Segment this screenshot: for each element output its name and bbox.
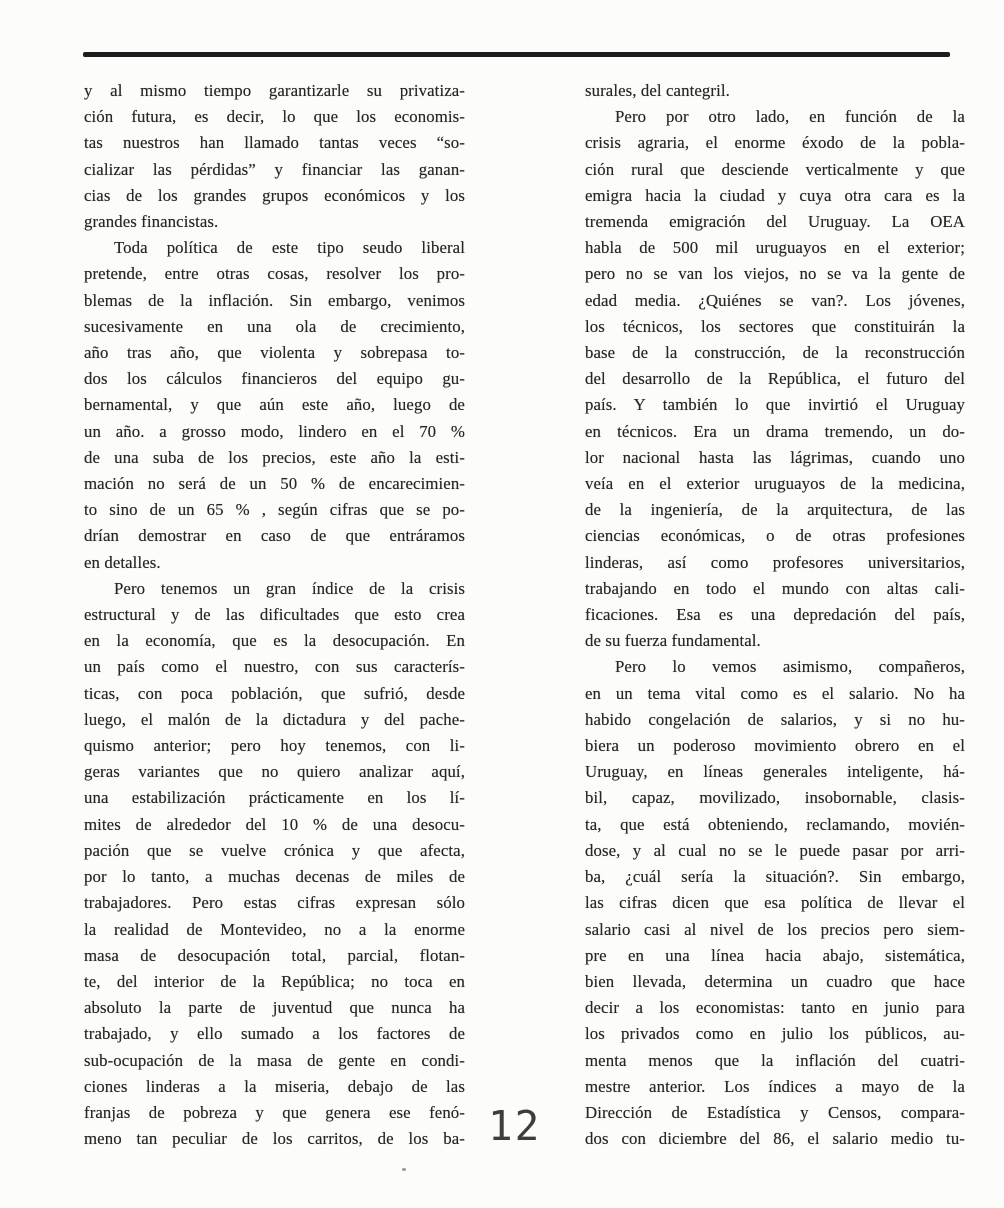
text-line: un año. a grosso modo, lindero en el 70 … xyxy=(84,419,465,445)
text-line: las cifras dicen que esa política de lle… xyxy=(585,890,965,916)
text-line: ciones linderas a la miseria, debajo de … xyxy=(84,1074,465,1100)
text-line: los privados como en julio los públicos,… xyxy=(585,1021,965,1047)
text-line: un país como el nuestro, con sus caracte… xyxy=(84,654,465,680)
text-line: en detalles. xyxy=(84,550,465,576)
text-line: los técnicos, los sectores que constitui… xyxy=(585,314,965,340)
text-line: una estabilización prácticamente en los … xyxy=(84,785,465,811)
text-line: ciencias económicas, o de otras profesio… xyxy=(585,523,965,549)
text-line: habla de 500 mil uruguayos en el exterio… xyxy=(585,235,965,261)
text-line: Pero por otro lado, en función de la xyxy=(585,104,965,130)
text-line: masa de desocupación total, parcial, flo… xyxy=(84,943,465,969)
text-line: ción futura, es decir, lo que los econom… xyxy=(84,104,465,130)
text-line: ta, que está obteniendo, reclamando, mov… xyxy=(585,812,965,838)
text-line: pre en una línea hacia abajo, sistemátic… xyxy=(585,943,965,969)
page-number: 12 xyxy=(488,1106,541,1147)
text-line: sub-ocupación de la masa de gente en con… xyxy=(84,1048,465,1074)
text-line: mación no será de un 50 % de encarecimie… xyxy=(84,471,465,497)
text-line: lor nacional hasta las lágrimas, cuando … xyxy=(585,445,965,471)
paragraph: surales, del cantegril. xyxy=(585,78,965,104)
paragraph: Pero por otro lado, en función de lacris… xyxy=(585,104,965,654)
text-line: surales, del cantegril. xyxy=(585,78,965,104)
text-line: Pero tenemos un gran índice de la crisis xyxy=(84,576,465,602)
text-line: mestre anterior. Los índices a mayo de l… xyxy=(585,1074,965,1100)
text-line: ficaciones. Esa es una depredación del p… xyxy=(585,602,965,628)
text-line: luego, el malón de la dictadura y del pa… xyxy=(84,707,465,733)
text-line: y al mismo tiempo garantizarle su privat… xyxy=(84,78,465,104)
left-column: y al mismo tiempo garantizarle su privat… xyxy=(84,78,465,1152)
text-line: te, del interior de la República; no toc… xyxy=(84,969,465,995)
text-line: bien llevada, determina un cuadro que ha… xyxy=(585,969,965,995)
text-line: dos los cálculos financieros del equipo … xyxy=(84,366,465,392)
text-line: de la ingeniería, de la arquitectura, de… xyxy=(585,497,965,523)
document-page: y al mismo tiempo garantizarle su privat… xyxy=(0,0,1004,1208)
text-line: dos con diciembre del 86, el salario med… xyxy=(585,1126,965,1152)
text-line: pación que se vuelve crónica y que afect… xyxy=(84,838,465,864)
text-line: bernamental, y que aún este año, luego d… xyxy=(84,392,465,418)
text-line: trabajado, y ello sumado a los factores … xyxy=(84,1021,465,1047)
text-line: edad media. ¿Quiénes se van?. Los jóvene… xyxy=(585,288,965,314)
text-line: franjas de pobreza y que genera ese fenó… xyxy=(84,1100,465,1126)
text-line: ticas, con poca población, que sufrió, d… xyxy=(84,681,465,707)
text-line: veía en el exterior uruguayos de la medi… xyxy=(585,471,965,497)
text-line: Uruguay, en líneas generales inteligente… xyxy=(585,759,965,785)
text-line: pretende, entre otras cosas, resolver lo… xyxy=(84,261,465,287)
paragraph: y al mismo tiempo garantizarle su privat… xyxy=(84,78,465,235)
right-column: surales, del cantegril.Pero por otro lad… xyxy=(585,78,965,1152)
text-line: Pero lo vemos asimismo, compañeros, xyxy=(585,654,965,680)
top-rule xyxy=(83,52,950,57)
text-line: trabajadores. Pero estas cifras expresan… xyxy=(84,890,465,916)
text-line: cias de los grandes grupos económicos y … xyxy=(84,183,465,209)
text-line: dose, y al cual no se le puede pasar por… xyxy=(585,838,965,864)
text-line: estructural y de las dificultades que es… xyxy=(84,602,465,628)
text-line: crisis agraria, el enorme éxodo de la po… xyxy=(585,130,965,156)
text-line: cializar las pérdidas” y financiar las g… xyxy=(84,157,465,183)
text-line: decir a los economistas: tanto en junio … xyxy=(585,995,965,1021)
text-line: salario casi al nivel de los precios per… xyxy=(585,917,965,943)
text-line: en un tema vital como es el salario. No … xyxy=(585,681,965,707)
text-line: sucesivamente en una ola de crecimiento, xyxy=(84,314,465,340)
text-line: base de la construcción, de la reconstru… xyxy=(585,340,965,366)
text-line: to sino de un 65 % , según cifras que se… xyxy=(84,497,465,523)
text-line: de su fuerza fundamental. xyxy=(585,628,965,654)
text-line: quismo anterior; pero hoy tenemos, con l… xyxy=(84,733,465,759)
text-line: pero no se van los viejos, no se va la g… xyxy=(585,261,965,287)
text-line: mites de alrededor del 10 % de una desoc… xyxy=(84,812,465,838)
text-line: drían demostrar en caso de que entráramo… xyxy=(84,523,465,549)
ink-dot xyxy=(402,1168,406,1171)
text-line: Dirección de Estadística y Censos, compa… xyxy=(585,1100,965,1126)
text-line: en la economía, que es la desocupación. … xyxy=(84,628,465,654)
text-line: ba, ¿cuál sería la situación?. Sin embar… xyxy=(585,864,965,890)
paragraph: Pero lo vemos asimismo, compañeros,en un… xyxy=(585,654,965,1152)
text-line: emigra hacia la ciudad y cuya otra cara … xyxy=(585,183,965,209)
text-line: absoluto la parte de juventud que nunca … xyxy=(84,995,465,1021)
text-line: grandes financistas. xyxy=(84,209,465,235)
text-line: habido congelación de salarios, y si no … xyxy=(585,707,965,733)
text-line: linderas, así como profesores universita… xyxy=(585,550,965,576)
text-line: menta menos que la inflación del cuatri- xyxy=(585,1048,965,1074)
text-line: geras variantes que no quiero analizar a… xyxy=(84,759,465,785)
paragraph: Toda política de este tipo seudo liberal… xyxy=(84,235,465,576)
text-line: bil, capaz, movilizado, insobornable, cl… xyxy=(585,785,965,811)
text-line: blemas de la inflación. Sin embargo, ven… xyxy=(84,288,465,314)
text-line: del desarrollo de la República, el futur… xyxy=(585,366,965,392)
text-line: tas nuestros han llamado tantas veces “s… xyxy=(84,130,465,156)
text-line: tremenda emigración del Uruguay. La OEA xyxy=(585,209,965,235)
text-line: ción rural que desciende verticalmente y… xyxy=(585,157,965,183)
text-line: meno tan peculiar de los carritos, de lo… xyxy=(84,1126,465,1152)
text-line: por lo tanto, a muchas decenas de miles … xyxy=(84,864,465,890)
text-line: la realidad de Montevideo, no a la enorm… xyxy=(84,917,465,943)
text-line: biera un poderoso movimiento obrero en e… xyxy=(585,733,965,759)
text-line: en técnicos. Era un drama tremendo, un d… xyxy=(585,419,965,445)
text-line: año tras año, que violenta y sobrepasa t… xyxy=(84,340,465,366)
text-line: Toda política de este tipo seudo liberal xyxy=(84,235,465,261)
paragraph: Pero tenemos un gran índice de la crisis… xyxy=(84,576,465,1152)
text-line: trabajando en todo el mundo con altas ca… xyxy=(585,576,965,602)
text-line: de una suba de los precios, este año la … xyxy=(84,445,465,471)
text-line: país. Y también lo que invirtió el Urugu… xyxy=(585,392,965,418)
